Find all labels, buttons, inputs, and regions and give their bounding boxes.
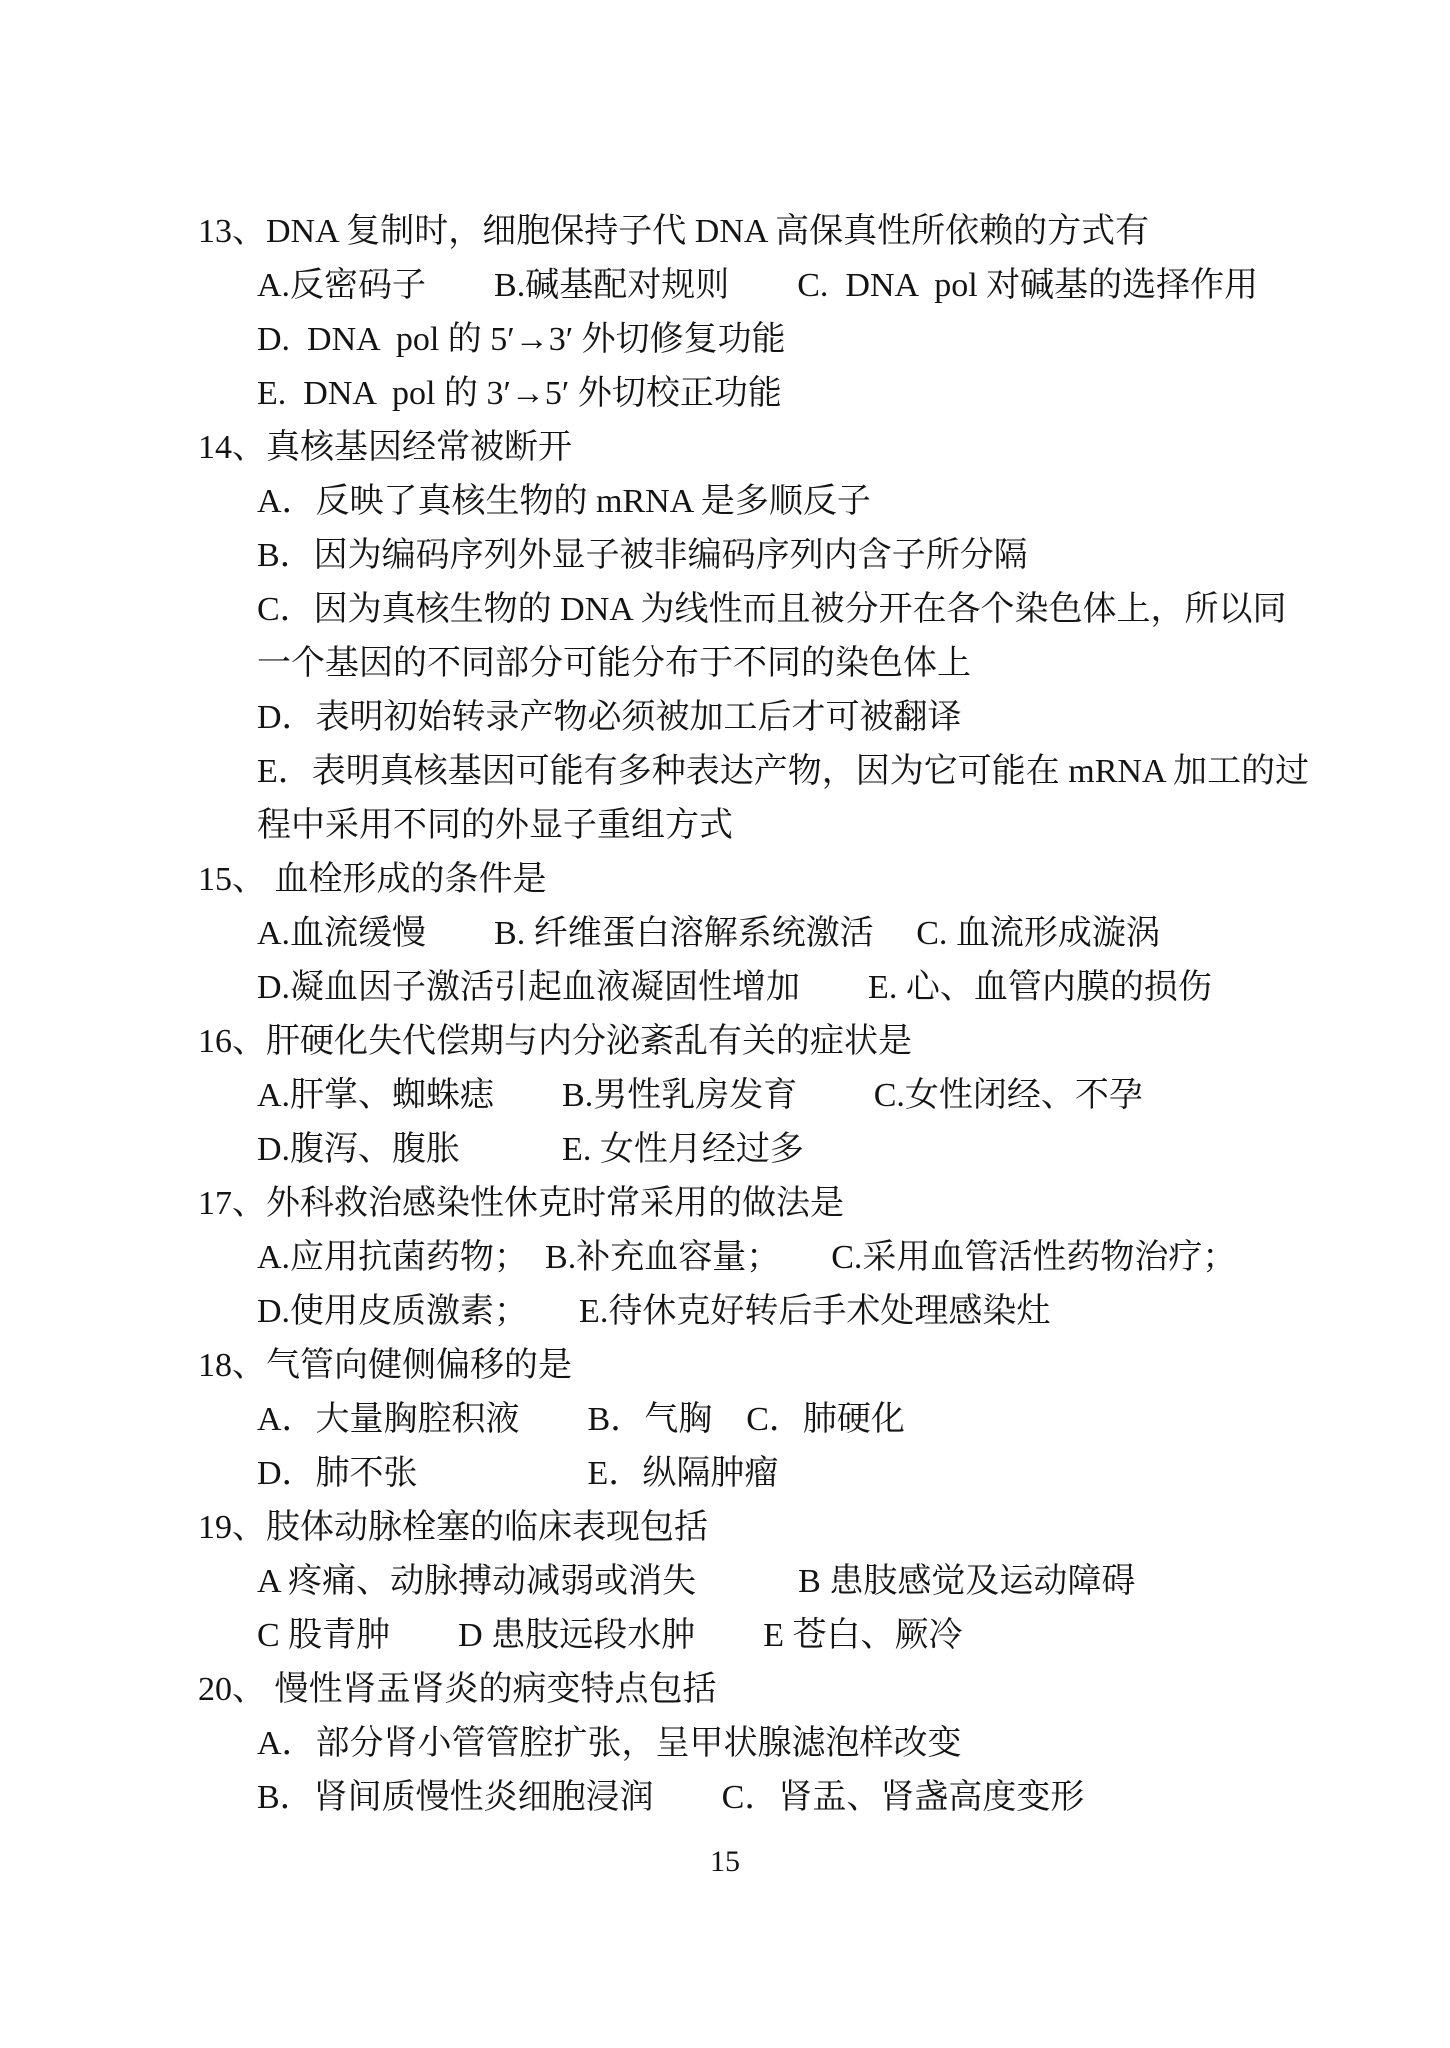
question-line: 14、真核基因经常被断开 (0, 421, 1450, 475)
option-line: A.应用抗菌药物； B.补充血容量； C.采用血管活性药物治疗； (0, 1231, 1450, 1285)
question-line: 13、DNA 复制时，细胞保持子代 DNA 高保真性所依赖的方式有 (0, 205, 1450, 259)
option-line: A．反映了真核生物的 mRNA 是多顺反子 (0, 475, 1450, 529)
option-line: A.反密码子 B.碱基配对规则 C. DNA pol 对碱基的选择作用 (0, 259, 1450, 313)
question-line: 17、外科救治感染性休克时常采用的做法是 (0, 1177, 1450, 1231)
option-line: D. DNA pol 的 5′→3′ 外切修复功能 (0, 313, 1450, 367)
option-line: D．肺不张 E．纵隔肿瘤 (0, 1447, 1450, 1501)
question-list: 13、DNA 复制时，细胞保持子代 DNA 高保真性所依赖的方式有A.反密码子 … (0, 205, 1450, 1825)
option-line: A．大量胸腔积液 B．气胸 C．肺硬化 (0, 1393, 1450, 1447)
option-line: B．因为编码序列外显子被非编码序列内含子所分隔 (0, 529, 1450, 583)
option-line: D.使用皮质激素； E.待休克好转后手术处理感染灶 (0, 1285, 1450, 1339)
option-line: D．表明初始转录产物必须被加工后才可被翻译 (0, 691, 1450, 745)
option-line: C．因为真核生物的 DNA 为线性而且被分开在各个染色体上，所以同 (0, 583, 1450, 637)
option-line: A．部分肾小管管腔扩张，呈甲状腺滤泡样改变 (0, 1717, 1450, 1771)
question-line: 20、 慢性肾盂肾炎的病变特点包括 (0, 1663, 1450, 1717)
option-line: B．肾间质慢性炎细胞浸润 C．肾盂、肾盏高度变形 (0, 1771, 1450, 1825)
option-line: D.凝血因子激活引起血液凝固性增加 E. 心、血管内膜的损伤 (0, 961, 1450, 1015)
document-page: 13、DNA 复制时，细胞保持子代 DNA 高保真性所依赖的方式有A.反密码子 … (0, 0, 1450, 2048)
question-line: 19、肢体动脉栓塞的临床表现包括 (0, 1501, 1450, 1555)
option-line: E. DNA pol 的 3′→5′ 外切校正功能 (0, 367, 1450, 421)
option-line: A.血流缓慢 B. 纤维蛋白溶解系统激活 C. 血流形成漩涡 (0, 907, 1450, 961)
option-line: C 股青肿 D 患肢远段水肿 E 苍白、厥冷 (0, 1609, 1450, 1663)
question-line: 16、肝硬化失代偿期与内分泌紊乱有关的症状是 (0, 1015, 1450, 1069)
option-line: E．表明真核基因可能有多种表达产物，因为它可能在 mRNA 加工的过 (0, 745, 1450, 799)
option-line: D.腹泻、腹胀 E. 女性月经过多 (0, 1123, 1450, 1177)
continuation-line: 一个基因的不同部分可能分布于不同的染色体上 (0, 637, 1450, 691)
option-line: A.肝掌、蜘蛛痣 B.男性乳房发育 C.女性闭经、不孕 (0, 1069, 1450, 1123)
continuation-line: 程中采用不同的外显子重组方式 (0, 799, 1450, 853)
question-line: 18、气管向健侧偏移的是 (0, 1339, 1450, 1393)
option-line: A 疼痛、动脉搏动减弱或消失 B 患肢感觉及运动障碍 (0, 1555, 1450, 1609)
question-line: 15、 血栓形成的条件是 (0, 853, 1450, 907)
page-number: 15 (0, 1842, 1450, 1882)
